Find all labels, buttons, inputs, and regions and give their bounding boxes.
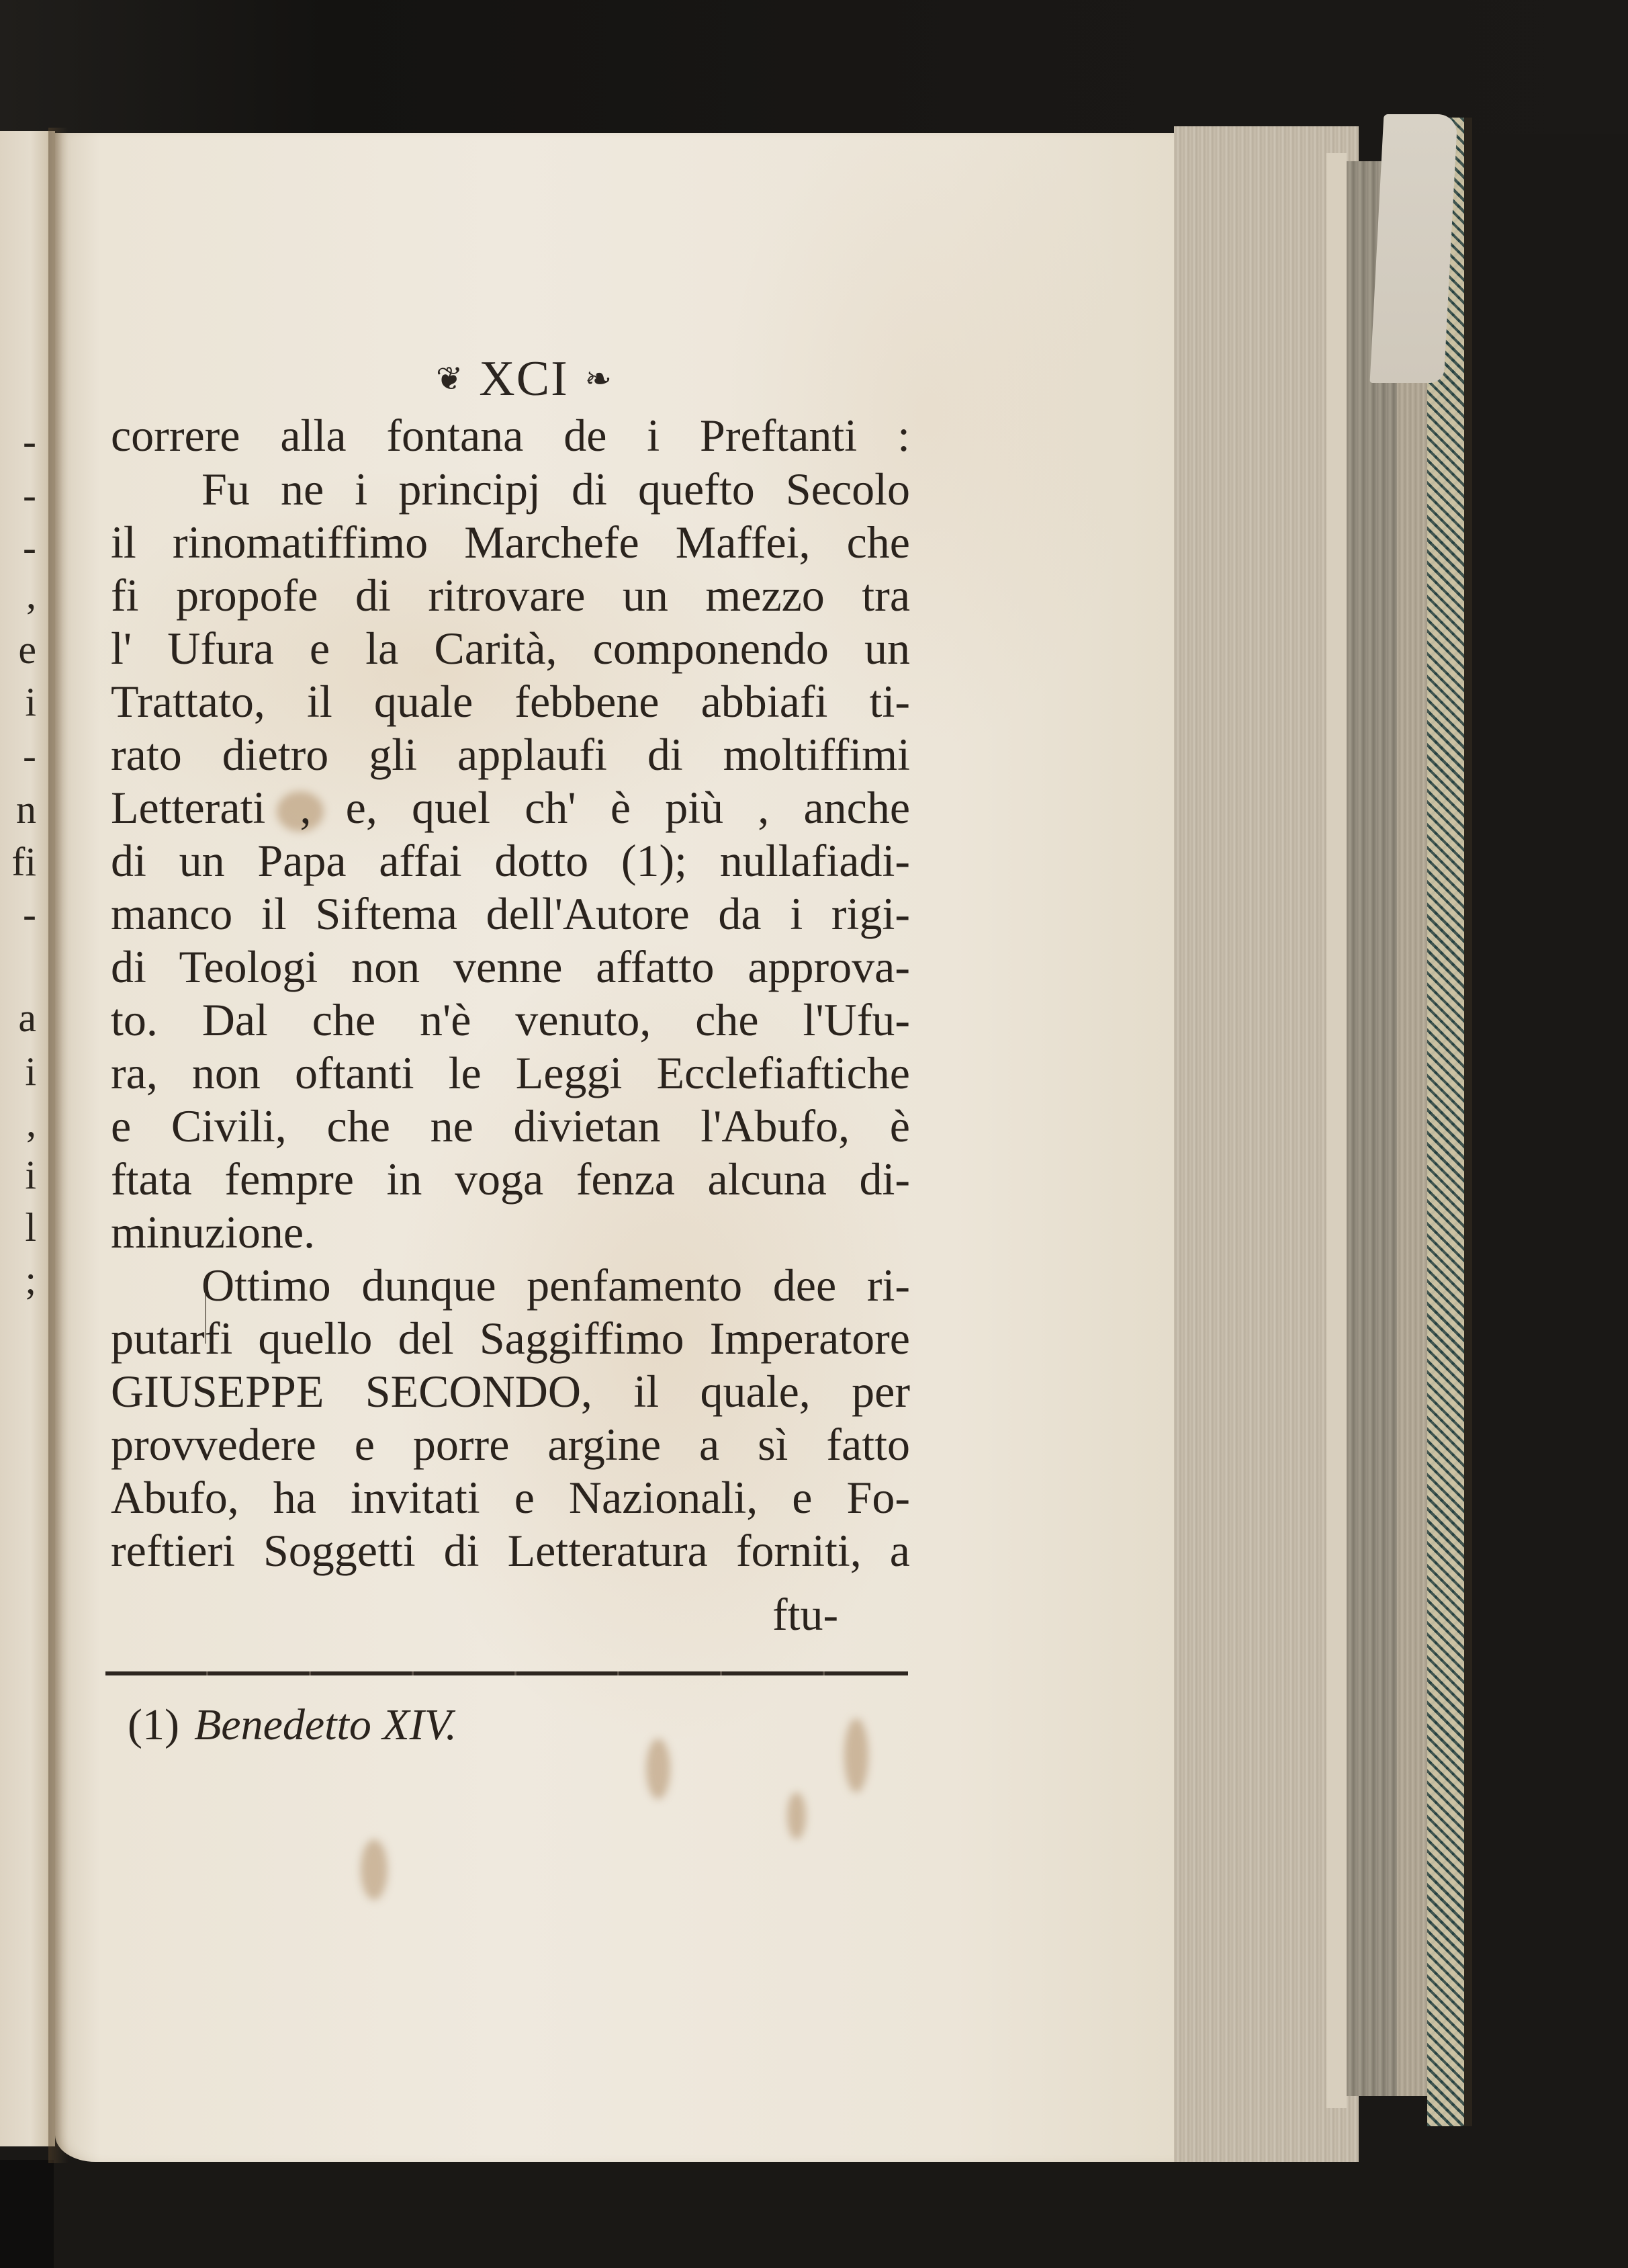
text-line: Fu ne i principj di quefto Secolo bbox=[111, 462, 910, 516]
text-line: correre alla fontana de i Preftanti : bbox=[111, 408, 910, 462]
footnote-marker: (1) bbox=[128, 1700, 179, 1749]
fleuron-right-icon: ❧ bbox=[585, 363, 612, 395]
text-line: GIUSEPPE SECONDO, il quale, per bbox=[111, 1364, 910, 1418]
text-line: minuzione. bbox=[111, 1205, 910, 1259]
text-line: Abufo, ha invitati e Nazionali, e Fo- bbox=[111, 1471, 910, 1524]
text-line: rato dietro gli applaufi di moltiffimi bbox=[111, 728, 910, 781]
text-line: Ottimo dunque penfamento dee ri- bbox=[111, 1258, 910, 1312]
fleuron-left-icon: ❦ bbox=[436, 363, 463, 395]
text-line: e Civili, che ne divietan l'Abufo, è bbox=[111, 1099, 910, 1153]
text-line: provvedere e porre argine a sì fatto bbox=[111, 1417, 910, 1471]
text-line: putarfi quello del Saggiffimo Imperatore bbox=[111, 1311, 910, 1365]
text-line: l' Ufura e la Carità, componendo un bbox=[111, 621, 910, 675]
text-line: to. Dal che n'è venuto, che l'Ufu- bbox=[111, 993, 910, 1047]
page-number: XCI bbox=[479, 351, 568, 408]
text-line: manco il Siftema dell'Autore da i rigi- bbox=[111, 887, 910, 941]
footnote-text: Benedetto XIV. bbox=[194, 1700, 457, 1749]
pencil-mark bbox=[205, 1276, 206, 1344]
text-line: il rinomatiffimo Marchefe Maffei, che bbox=[111, 515, 910, 569]
text-line: reftieri Soggetti di Letteratura forniti… bbox=[111, 1524, 910, 1577]
running-head: ❦ XCI ❧ bbox=[376, 352, 672, 406]
text-line: ftata fempre in voga fenza alcuna di- bbox=[111, 1152, 910, 1206]
text-line: Letterati , e, quel ch' è più , anche bbox=[111, 781, 910, 834]
text-line: Trattato, il quale febbene abbiafi ti- bbox=[111, 674, 910, 728]
text-line: di Teologi non venne affatto approva- bbox=[111, 940, 910, 994]
footnote-rule bbox=[105, 1671, 908, 1675]
text-block: ❦ XCI ❧ correre alla fontana de i Prefta… bbox=[0, 0, 1628, 2268]
footnote: (1)Benedetto XIV. bbox=[128, 1698, 457, 1752]
text-line: fi propofe di ritrovare un mezzo tra bbox=[111, 568, 910, 622]
catchword: ftu- bbox=[772, 1587, 838, 1641]
text-line: ra, non oftanti le Leggi Ecclefiaftiche bbox=[111, 1046, 910, 1100]
text-line: di un Papa affai dotto (1); nullafiadi- bbox=[111, 834, 910, 887]
